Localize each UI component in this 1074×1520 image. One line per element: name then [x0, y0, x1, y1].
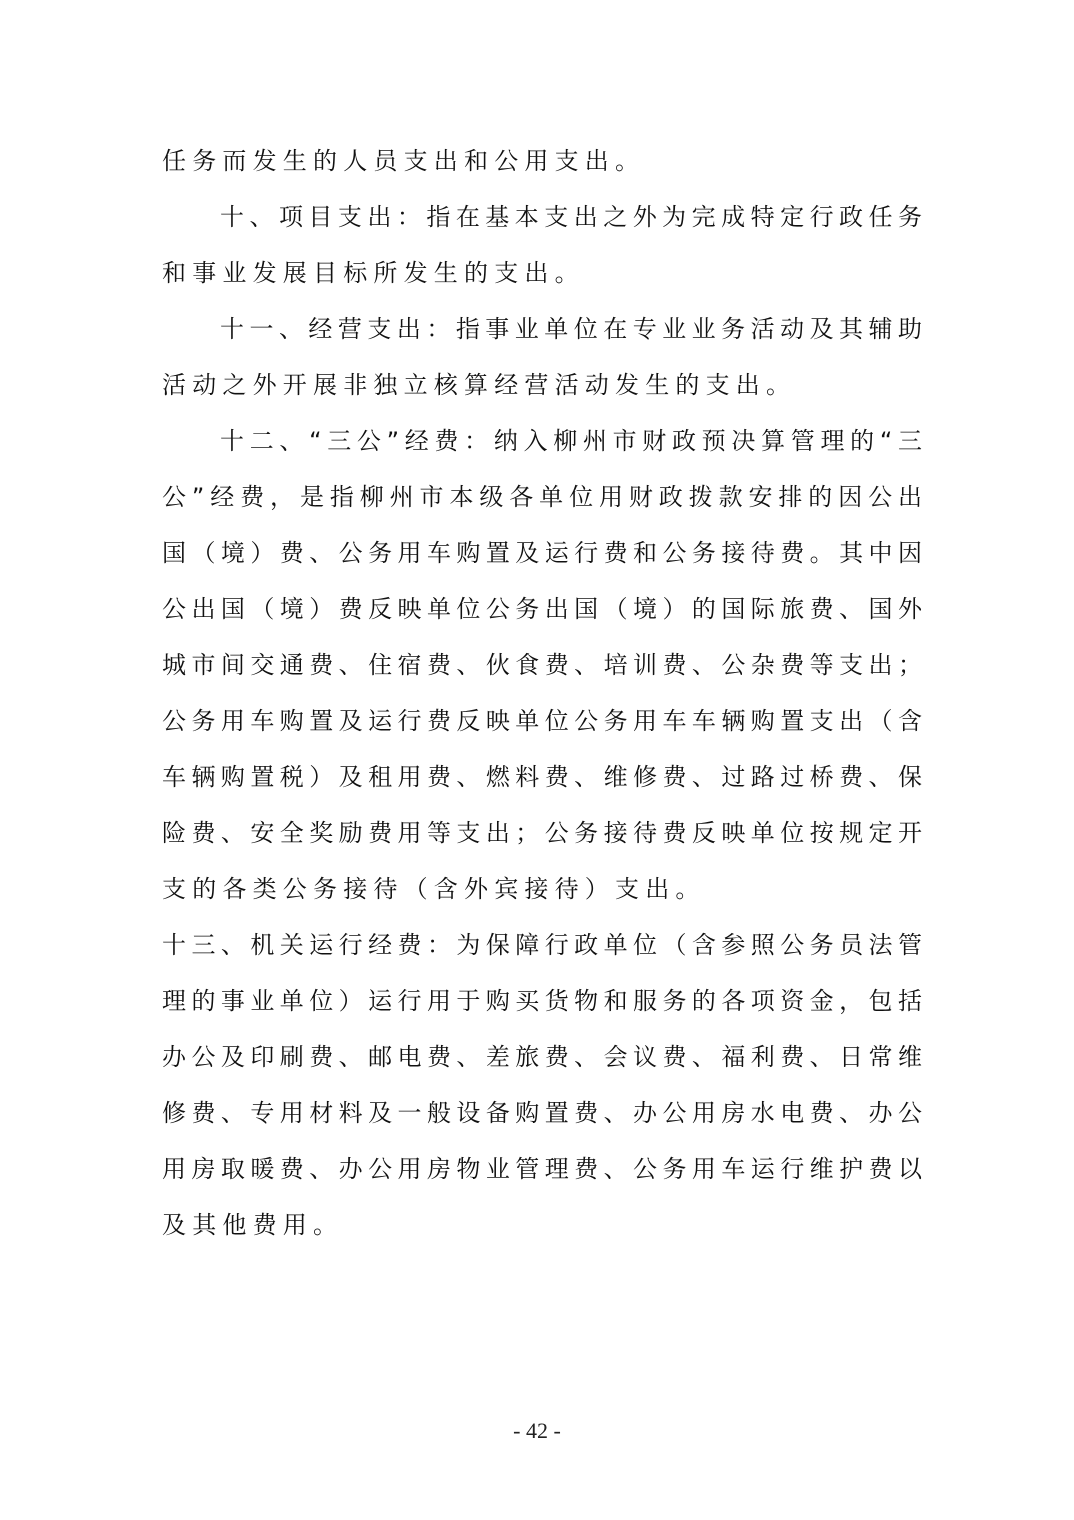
- text-line: 用房取暖费、办公用房物业管理费、公务用车运行维护费以: [162, 1153, 922, 1185]
- text-line: 公出国（境）费反映单位公务出国（境）的国际旅费、国外: [162, 593, 922, 625]
- document-page: 任务而发生的人员支出和公用支出。 十、项目支出：指在基本支出之外为完成特定行政任…: [0, 0, 1074, 1520]
- text-line: 任务而发生的人员支出和公用支出。: [162, 145, 922, 177]
- text-line: 公”经费，是指柳州市本级各单位用财政拨款安排的因公出: [162, 481, 922, 513]
- text-line: 公务用车购置及运行费反映单位公务用车车辆购置支出（含: [162, 705, 922, 737]
- text-line: 十、项目支出：指在基本支出之外为完成特定行政任务: [220, 201, 922, 233]
- text-line: 车辆购置税）及租用费、燃料费、维修费、过路过桥费、保: [162, 761, 922, 793]
- text-line: 及其他费用。: [162, 1209, 922, 1241]
- text-line: 十三、机关运行经费：为保障行政单位（含参照公务员法管: [162, 929, 922, 961]
- text-line: 城市间交通费、住宿费、伙食费、培训费、公杂费等支出；: [162, 649, 922, 681]
- text-line: 十二、“三公”经费：纳入柳州市财政预决算管理的“三: [220, 425, 922, 457]
- text-line: 理的事业单位）运行用于购买货物和服务的各项资金，包括: [162, 985, 922, 1017]
- page-number: - 42 -: [0, 1418, 1074, 1444]
- text-line: 办公及印刷费、邮电费、差旅费、会议费、福利费、日常维: [162, 1041, 922, 1073]
- text-line: 活动之外开展非独立核算经营活动发生的支出。: [162, 369, 922, 401]
- text-line: 险费、安全奖励费用等支出；公务接待费反映单位按规定开: [162, 817, 922, 849]
- text-line: 和事业发展目标所发生的支出。: [162, 257, 922, 289]
- text-line: 十一、经营支出：指事业单位在专业业务活动及其辅助: [220, 313, 922, 345]
- text-line: 修费、专用材料及一般设备购置费、办公用房水电费、办公: [162, 1097, 922, 1129]
- text-line: 国（境）费、公务用车购置及运行费和公务接待费。其中因: [162, 537, 922, 569]
- text-line: 支的各类公务接待（含外宾接待）支出。: [162, 873, 922, 905]
